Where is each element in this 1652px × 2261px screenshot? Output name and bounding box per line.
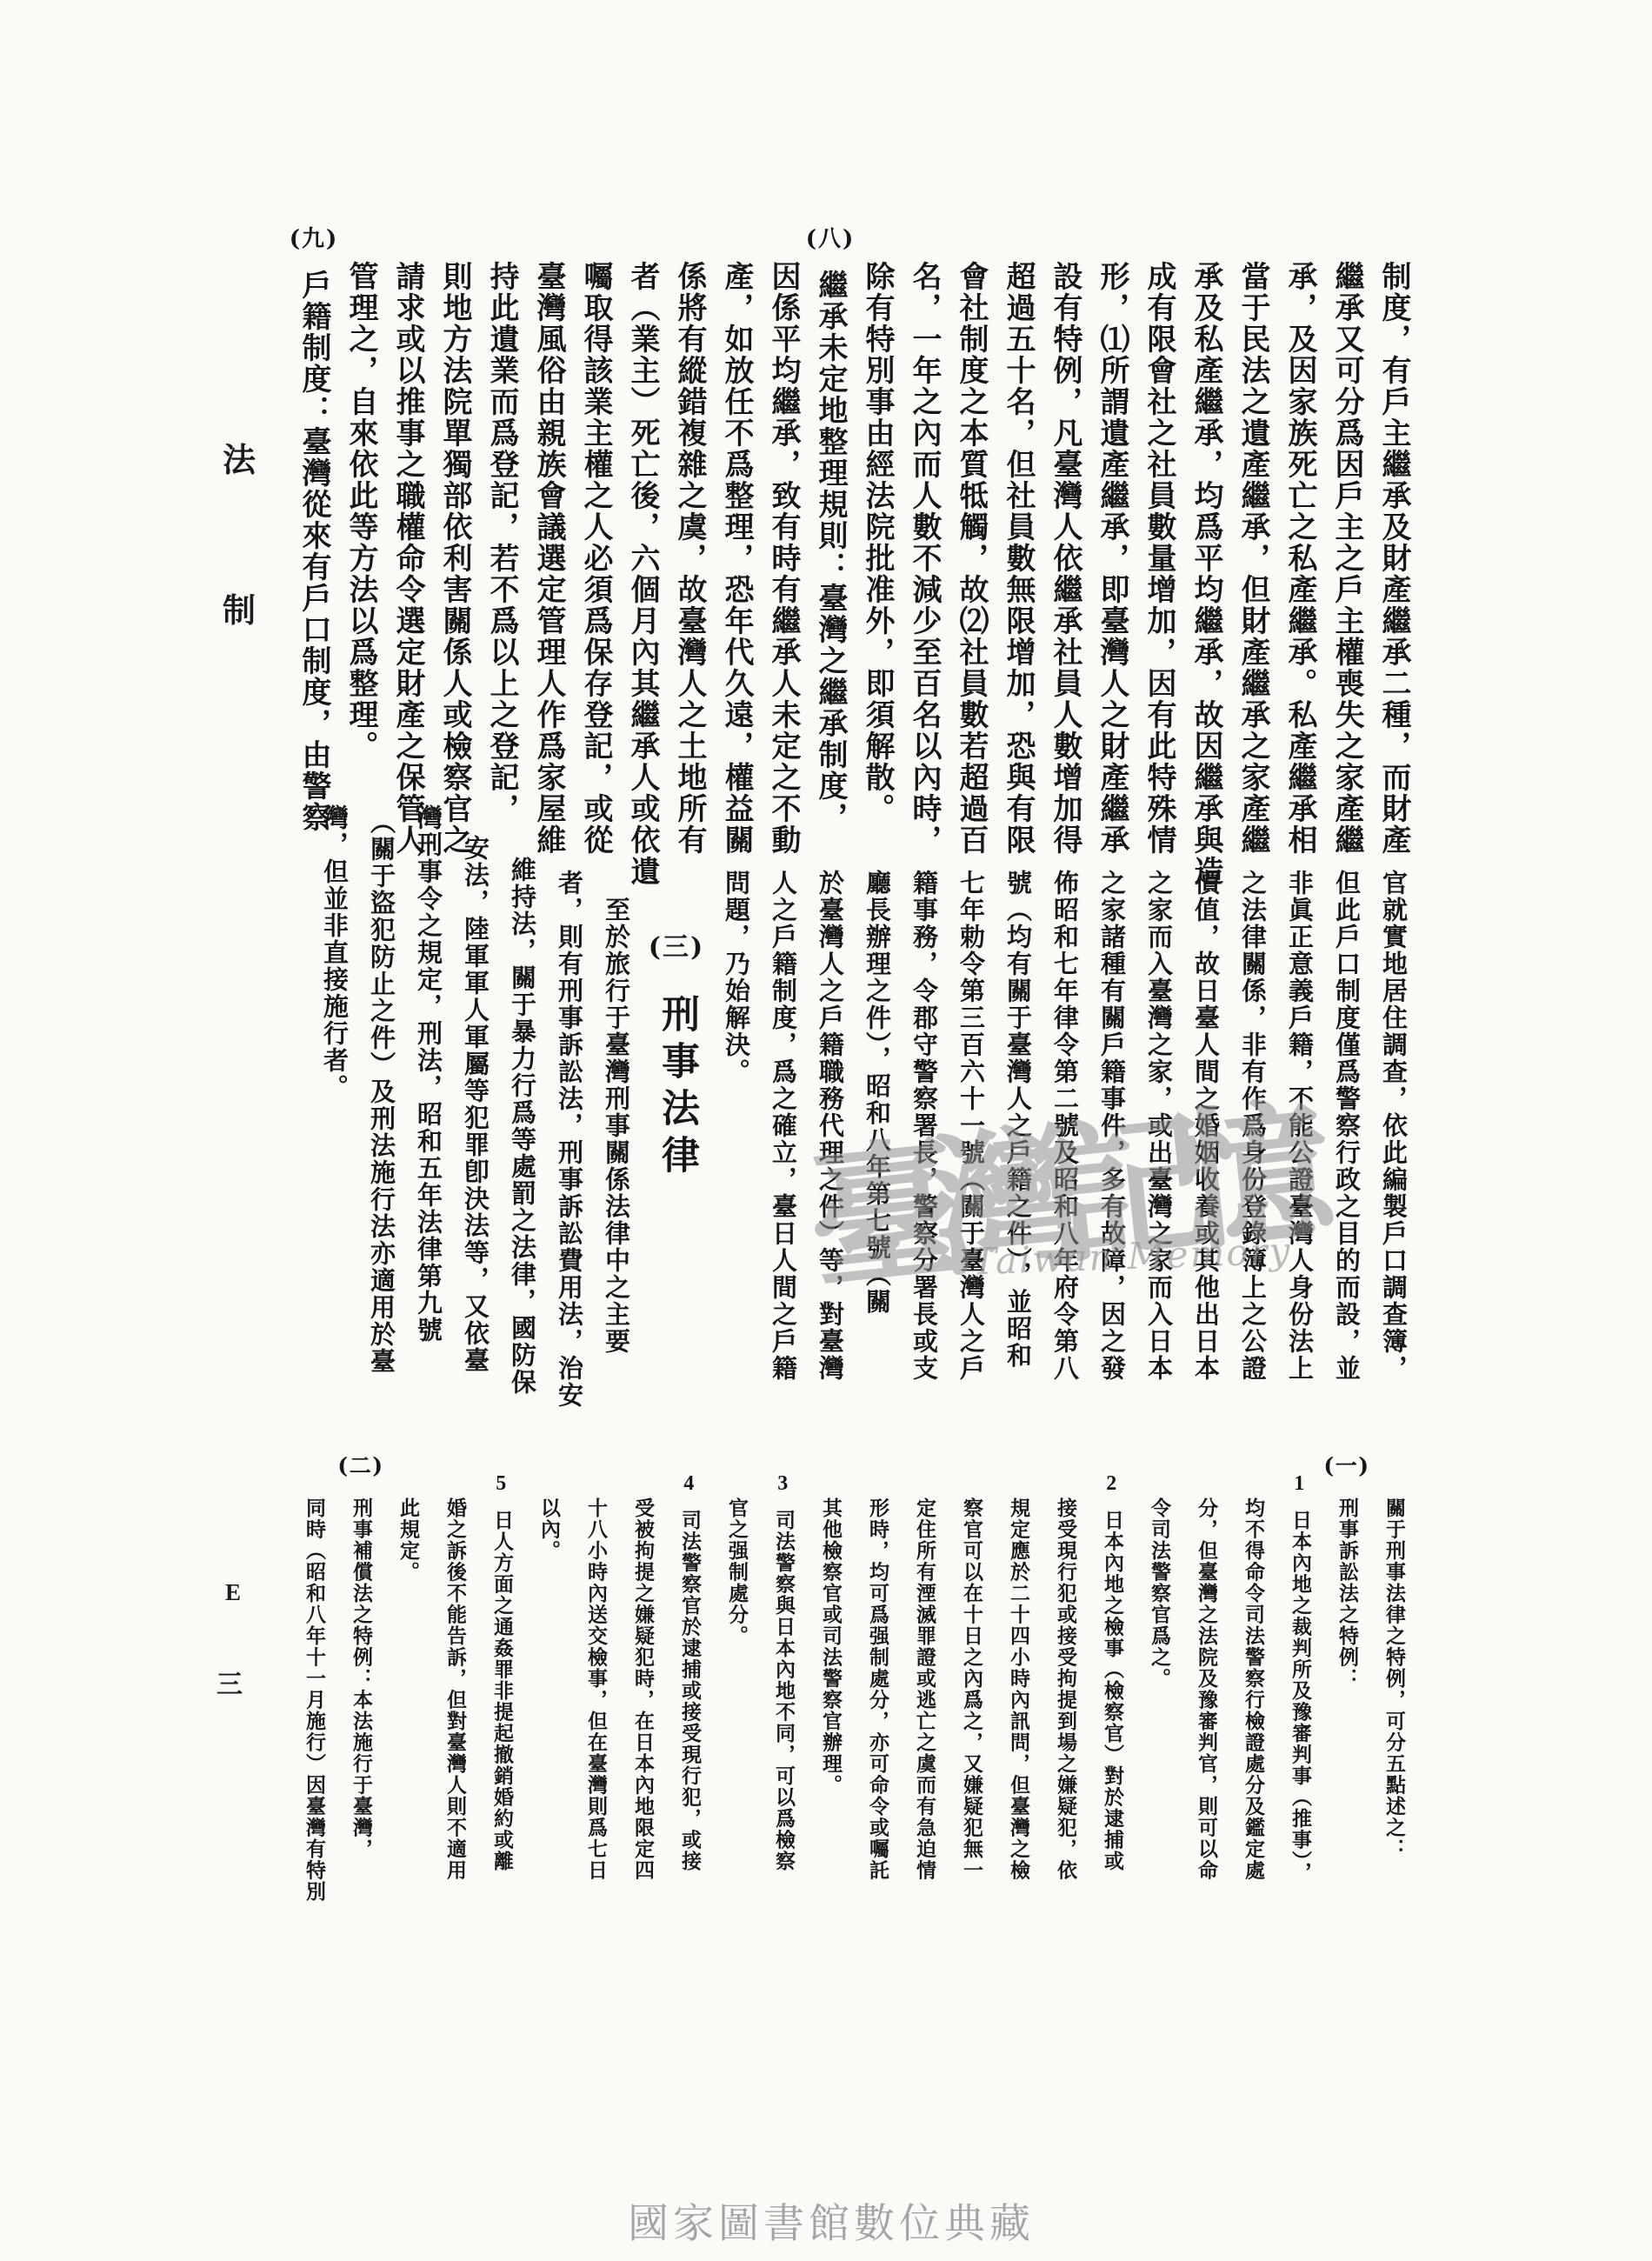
text-column: 制度，有戶主繼承及財產繼承二種，而財產 <box>1370 261 1417 896</box>
margin-page-mark: 三 <box>216 1663 243 1701</box>
item-number: 1 <box>1294 1473 1306 1494</box>
column-text: 超過五十名，但社員數無限增加，恐與有限 <box>1001 261 1036 856</box>
text-column: 者，則有刑事訴訟法，刑事訴訟費用法，治安 <box>546 870 593 1444</box>
column-text: 承及私產繼承，均爲平均繼承，故因繼承與造 <box>1189 261 1223 887</box>
text-column: 規定應於二十四小時內訊問，但臺灣之檢 <box>995 1497 1042 1958</box>
text-column: (一)刑事訴訟法之特例： <box>1323 1497 1370 1958</box>
column-text: 官就實地居住調查，依此編製戶口調查簿， <box>1379 870 1409 1382</box>
column-text: 形時，均可爲强制處分，亦可命令或囑託 <box>866 1497 889 1881</box>
column-text: 安法，陸軍軍人軍屬等犯罪卽決法等，又依臺 <box>461 835 490 1374</box>
column-text: 者（業主）死亡後，六個月內其繼承人或依遺 <box>625 261 660 887</box>
text-column: 形時，均可爲强制處分，亦可命令或囑託 <box>854 1497 901 1958</box>
column-text: 維持法，關于暴力行爲等處罰之法律，國防保 <box>508 857 537 1396</box>
text-column: 成有限會社之社員數量增加，因有此特殊情 <box>1136 261 1182 896</box>
text-column: 名，一年之內而人數不減少至百名以內時， <box>901 261 948 896</box>
column-text: 則地方法院單獨部依利害關係人或檢察官之 <box>437 261 472 856</box>
band-3: 關于刑事法律之特例，可分五點述之：(一)刑事訴訟法之特例：1日本內地之裁判所及豫… <box>290 1497 1417 1958</box>
text-column: (九)戶籍制度：臺灣從來有戶口制度，由警察 <box>290 261 337 896</box>
text-column: 至於旅行于臺灣刑事關係法律中之主要 <box>593 870 640 1444</box>
text-column: 3司法警察與日本內地不同，可以爲檢察 <box>760 1497 807 1958</box>
margin-running-head-char: 制 <box>223 584 256 631</box>
section-label: (二) <box>337 1455 383 1477</box>
item-number: 3 <box>777 1473 789 1494</box>
text-column: 官就實地居住調查，依此編製戶口調查簿， <box>1370 870 1417 1444</box>
text-column: 官之强制處分。 <box>713 1497 760 1958</box>
item-number: 5 <box>496 1473 508 1494</box>
column-text: 管理之，自來依此等方法以爲整理。 <box>343 261 378 762</box>
text-column: 形，⑴所謂遺產繼承，即臺灣人之財產繼承 <box>1089 261 1136 896</box>
column-text: 日本內地之檢事（檢察官）對於逮捕或 <box>1101 1510 1124 1872</box>
section-label: (一) <box>1323 1455 1369 1477</box>
column-text: 日人方面之通姦罪非提起撤銷婚約或離 <box>490 1510 514 1872</box>
column-text: 臺灣風俗由親族會議選定管理人作爲家屋維 <box>531 261 566 856</box>
column-text: 除有特別事由經法院批准外，即須解散。 <box>860 261 895 824</box>
text-column: 接受現行犯或接受拘提到場之嫌疑犯，依 <box>1042 1497 1089 1958</box>
text-column: 管理之，自來依此等方法以爲整理。 <box>337 261 384 896</box>
column-text: 接受現行犯或接受拘提到場之嫌疑犯，依 <box>1054 1497 1077 1881</box>
column-text: 者，則有刑事訴訟法，刑事訴訟費用法，治安 <box>555 870 584 1409</box>
text-column: 分，但臺灣之法院及豫審判官，則可以命 <box>1182 1497 1229 1958</box>
text-column: 4司法警察官於逮捕或接受現行犯，或接 <box>666 1497 713 1958</box>
text-column: 問題，乃始解決。 <box>713 870 760 1444</box>
column-text: 刑事補償法之特例：本法施行于臺灣， <box>350 1497 373 1860</box>
text-column: 則地方法院單獨部依利害關係人或檢察官之 <box>431 261 478 896</box>
text-column: 定住所有湮滅罪證或逃亡之虞而有急迫情 <box>901 1497 948 1958</box>
text-column: 令司法警察官爲之。 <box>1136 1497 1182 1958</box>
text-column: 當于民法之遺產繼承，但財產繼承之家產繼 <box>1229 261 1276 896</box>
text-column: 灣刑事令之規定，刑法，昭和五年法律第九號 <box>405 804 452 1378</box>
scanned-page: 法 制 E 三 制度，有戶主繼承及財產繼承二種，而財產繼承又可分爲因戶主之戶主權… <box>0 0 1652 2261</box>
column-text: 受被拘提之嫌疑犯時，在日本內地限定四 <box>631 1497 655 1881</box>
item-number: 4 <box>683 1473 696 1494</box>
column-text: 灣刑事令之規定，刑法，昭和五年法律第九號 <box>414 804 443 1344</box>
column-text: （關于盜犯防止之件）及刑法施行法亦適用於臺 <box>367 809 396 1375</box>
column-text: 同時（昭和八年十一月施行）因臺灣有特別 <box>303 1497 326 1903</box>
column-text: 婚之訴後不能告訴，但對臺灣人則不適用 <box>443 1497 467 1881</box>
column-text: 形，⑴所謂遺產繼承，即臺灣人之財產繼承 <box>1095 261 1129 856</box>
section-label: (九) <box>290 228 339 250</box>
text-column: 因係平均繼承，致有時有繼承人未定之不動 <box>760 261 807 896</box>
text-column: 除有特別事由經法院批准外，即須解散。 <box>854 261 901 896</box>
column-text: 產，如放任不爲整理，恐年代久遠，權益關 <box>719 261 754 856</box>
column-text: 制度，有戶主繼承及財產繼承二種，而財產 <box>1376 261 1411 856</box>
text-column: 係將有縱錯複雜之虞，故臺灣人之土地所有 <box>666 261 713 896</box>
column-text: 人之戶籍制度，爲之確立，臺日人間之戶籍 <box>769 870 798 1382</box>
column-text: 繼承又可分爲因戶主之戶主權喪失之家產繼 <box>1329 261 1364 856</box>
text-column: 承，及因家族死亡之私產繼承。私產繼承相 <box>1276 261 1323 896</box>
text-column: 灣，但並非直接施行者。 <box>311 804 358 1378</box>
column-text: 成有限會社之社員數量增加，因有此特殊情 <box>1142 261 1176 856</box>
text-column: 請求或以推事之職權命令選定財產之保管人 <box>384 261 431 896</box>
column-text: 會社制度之本質牴觸，故⑵社員數若超過百 <box>954 261 989 856</box>
margin-running-head-char: 法 <box>223 433 256 481</box>
section-label: (八) <box>806 228 856 250</box>
column-text: 察官可以在十日之內爲之，又嫌疑犯無一 <box>960 1497 983 1881</box>
text-column: 此規定。 <box>384 1497 431 1958</box>
text-column: 安法，陸軍軍人軍屬等犯罪卽決法等，又依臺 <box>452 835 499 1409</box>
text-column: 但此戶口制度僅爲警察行政之目的而設，並 <box>1323 870 1370 1444</box>
column-text: 其他檢察官或司法警察官辦理。 <box>819 1497 843 1796</box>
column-text: 均不得命令司法警察行檢證處分及鑑定處 <box>1242 1497 1265 1881</box>
column-text: 繼承未定地整理規則：臺灣之繼承制度， <box>813 270 848 833</box>
column-text: 令司法警察官爲之。 <box>1148 1497 1171 1690</box>
text-column: 十八小時內送交檢事，但在臺灣則爲七日 <box>572 1497 619 1958</box>
text-column: 婚之訴後不能告訴，但對臺灣人則不適用 <box>431 1497 478 1958</box>
column-text: 規定應於二十四小時內訊問，但臺灣之檢 <box>1007 1497 1030 1881</box>
text-column: 臺灣風俗由親族會議選定管理人作爲家屋維 <box>525 261 572 896</box>
column-text: 因係平均繼承，致有時有繼承人未定之不動 <box>766 261 801 856</box>
column-text: 請求或以推事之職權命令選定財產之保管人 <box>390 261 425 856</box>
column-text: 官之强制處分。 <box>725 1497 749 1647</box>
column-text: 分，但臺灣之法院及豫審判官，則可以命 <box>1195 1497 1218 1881</box>
column-text: 至於旅行于臺灣刑事關係法律中之主要 <box>602 897 631 1355</box>
column-text: 日本內地之裁判所及豫審判事（推事）， <box>1289 1510 1312 1884</box>
text-column: 察官可以在十日之內爲之，又嫌疑犯無一 <box>948 1497 995 1958</box>
text-column: 同時（昭和八年十一月施行）因臺灣有特別 <box>290 1497 337 1958</box>
column-text: 名，一年之內而人數不減少至百名以內時， <box>907 261 942 856</box>
text-column: 產，如放任不爲整理，恐年代久遠，權益關 <box>713 261 760 896</box>
column-text: 司法警察官於逮捕或接受現行犯，或接 <box>678 1510 702 1872</box>
column-text: 問題，乃始解決。 <box>722 870 751 1085</box>
text-column: 承及私產繼承，均爲平均繼承，故因繼承與造 <box>1182 261 1229 896</box>
item-number: 2 <box>1106 1473 1118 1494</box>
section-label: (三) <box>649 937 704 959</box>
text-column: 會社制度之本質牴觸，故⑵社員數若超過百 <box>948 261 995 896</box>
text-column: 以內。 <box>525 1497 572 1958</box>
column-text: 以內。 <box>537 1497 561 1562</box>
column-text: 但此戶口制度僅爲警察行政之目的而設，並 <box>1332 870 1362 1382</box>
column-text: 十八小時內送交檢事，但在臺灣則爲七日 <box>584 1497 608 1881</box>
column-text: 灣，但並非直接施行者。 <box>320 804 350 1101</box>
section-heading: 刑事法律 <box>655 994 699 1182</box>
text-column: 2日本內地之檢事（檢察官）對於逮捕或 <box>1089 1497 1136 1958</box>
margin-page-mark: E <box>225 1579 241 1606</box>
column-text: 持此遺業而爲登記，若不爲以上之登記， <box>484 261 519 824</box>
column-text: 囑取得該業主權之人必須爲保存登記，或從 <box>578 261 613 856</box>
column-text: 定住所有湮滅罪證或逃亡之虞而有急迫情 <box>913 1497 936 1881</box>
section-heading-column: (三)刑事法律 <box>640 870 713 1444</box>
column-text: 係將有縱錯複雜之虞，故臺灣人之土地所有 <box>672 261 707 856</box>
footer-text: 國家圖書館數位典藏 <box>628 2191 1035 2250</box>
text-column: (八)繼承未定地整理規則：臺灣之繼承制度， <box>807 261 854 896</box>
column-text: 戶籍制度：臺灣從來有戶口制度，由警察 <box>296 270 331 833</box>
text-column: 者（業主）死亡後，六個月內其繼承人或依遺 <box>619 261 666 896</box>
column-text: 司法警察與日本內地不同，可以爲檢察 <box>772 1510 796 1872</box>
column-text: 設有特例，凡臺灣人依繼承社員人數增加得 <box>1048 261 1082 856</box>
text-column: 關于刑事法律之特例，可分五點述之： <box>1370 1497 1417 1958</box>
column-text: 關于刑事法律之特例，可分五點述之： <box>1382 1497 1406 1860</box>
text-column: 人之戶籍制度，爲之確立，臺日人間之戶籍 <box>760 870 807 1444</box>
text-column: 設有特例，凡臺灣人依繼承社員人數增加得 <box>1042 261 1089 896</box>
band-1: 制度，有戶主繼承及財產繼承二種，而財產繼承又可分爲因戶主之戶主權喪失之家產繼承，… <box>290 261 1417 896</box>
text-column: 維持法，關于暴力行爲等處罰之法律，國防保 <box>499 857 546 1431</box>
text-column: 受被拘提之嫌疑犯時，在日本內地限定四 <box>619 1497 666 1958</box>
column-text: 刑事訴訟法之特例： <box>1336 1497 1359 1690</box>
text-column: （關于盜犯防止之件）及刑法施行法亦適用於臺 <box>358 809 405 1383</box>
column-text: 此規定。 <box>396 1497 420 1583</box>
text-column: 囑取得該業主權之人必須爲保存登記，或從 <box>572 261 619 896</box>
text-column: 1日本內地之裁判所及豫審判事（推事）， <box>1276 1497 1323 1958</box>
text-column: (二)刑事補償法之特例：本法施行于臺灣， <box>337 1497 384 1958</box>
text-column: 5日人方面之通姦罪非提起撤銷婚約或離 <box>478 1497 525 1958</box>
text-column: 均不得命令司法警察行檢證處分及鑑定處 <box>1229 1497 1276 1958</box>
text-column: 持此遺業而爲登記，若不爲以上之登記， <box>478 261 525 896</box>
column-text: 承，及因家族死亡之私產繼承。私產繼承相 <box>1282 261 1317 856</box>
text-column: 繼承又可分爲因戶主之戶主權喪失之家產繼 <box>1323 261 1370 896</box>
text-column: 超過五十名，但社員數無限增加，恐與有限 <box>995 261 1042 896</box>
column-text: 當于民法之遺產繼承，但財產繼承之家產繼 <box>1236 261 1270 856</box>
text-column: 其他檢察官或司法警察官辦理。 <box>807 1497 854 1958</box>
